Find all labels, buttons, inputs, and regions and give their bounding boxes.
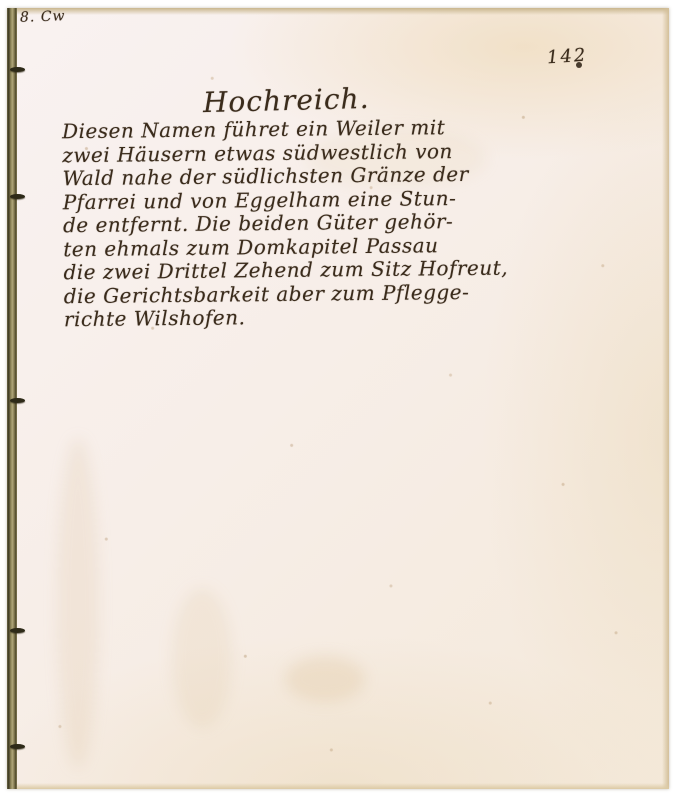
paper-bottom-edge [7,783,669,789]
paper-stain [57,438,99,768]
binding-stitch [10,398,25,403]
paper-top-edge [7,8,669,15]
manuscript-body: Diesen Namen führet ein Weiler mit zwei … [62,116,484,332]
scanned-document: 8. Cw 142 Hochreich. Diesen Namen führet… [0,0,677,800]
binding-stitch [10,194,25,199]
binding-stitch [10,628,25,633]
paper-stain [285,656,365,702]
manuscript-line: die Gerichtsbarkeit aber zum Pflegge- [64,280,484,308]
paper-deckle-edge [662,8,669,789]
binding-stitch [10,67,25,72]
binding-stitch [10,744,25,749]
manuscript-line: richte Wilshofen. [64,304,484,332]
manuscript-page: 8. Cw 142 Hochreich. Diesen Namen führet… [7,8,669,789]
manuscript-heading: Hochreich. [203,82,370,119]
paper-stain [172,588,232,728]
ink-blot [576,62,582,68]
archival-mark: 8. Cw [20,8,66,26]
